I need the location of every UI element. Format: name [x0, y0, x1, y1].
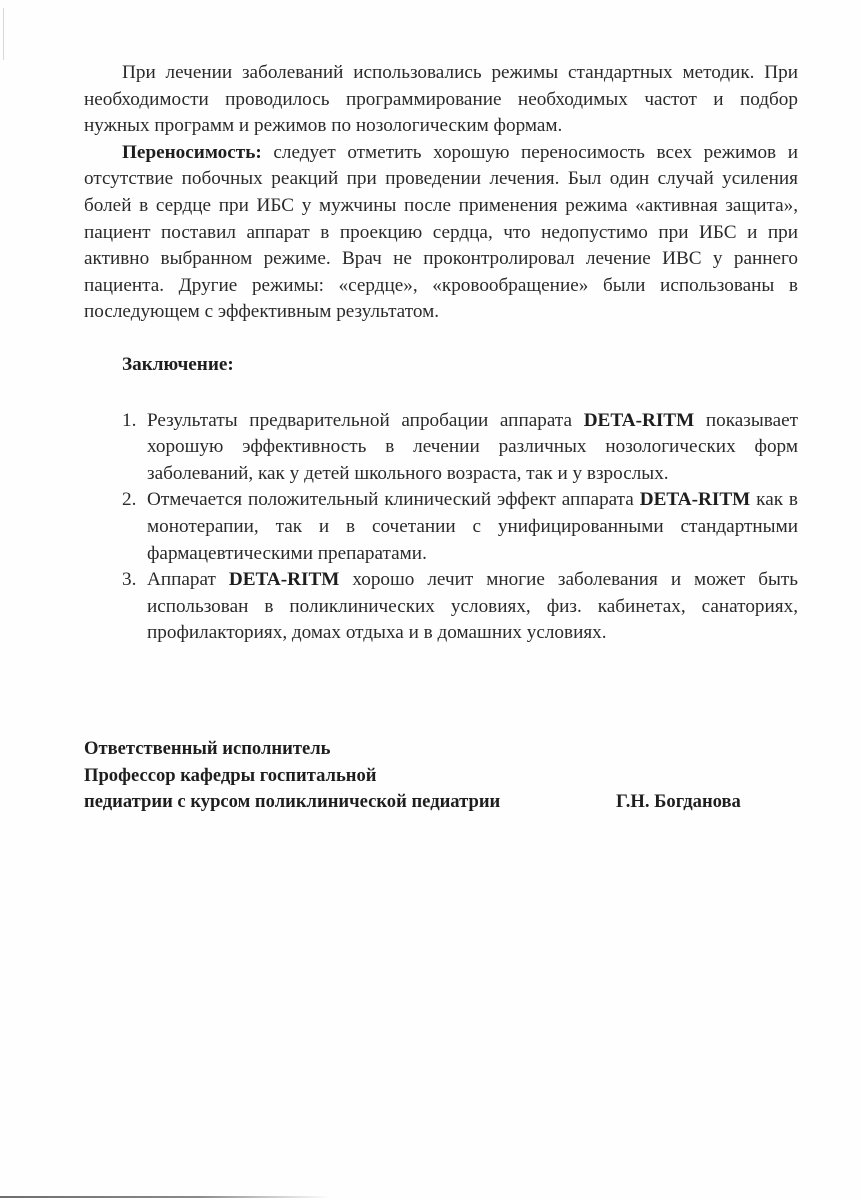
item-number: 1. [122, 408, 136, 435]
conclusion-item-3: 3. Аппарат DETA-RITM хорошо лечит многие… [84, 567, 798, 647]
signature-block: Ответственный исполнитель Профессор кафе… [84, 736, 764, 816]
signatory-name: Г.Н. Богданова [616, 789, 741, 816]
item-text-before: Аппарат [147, 569, 229, 590]
document-body: При лечении заболеваний использовались р… [84, 60, 798, 647]
device-name: DETA-RITM [584, 410, 695, 431]
conclusion-heading: Заключение: [122, 352, 798, 379]
tolerability-paragraph: Переносимость: следует отметить хорошую … [84, 140, 798, 326]
signature-position: Профессор кафедры госпитальной [84, 763, 764, 790]
conclusions-list: 1. Результаты предварительной апробации … [84, 408, 798, 647]
document-page: При лечении заболеваний использовались р… [0, 0, 861, 1200]
signature-role: Ответственный исполнитель [84, 736, 764, 763]
device-name: DETA-RITM [229, 569, 340, 590]
conclusion-item-1: 1. Результаты предварительной апробации … [84, 408, 798, 488]
tolerability-text: следует отметить хорошую переносимость в… [84, 142, 798, 323]
item-text-before: Результаты предварительной апробации апп… [147, 410, 584, 431]
item-number: 2. [122, 487, 136, 514]
conclusion-item-2: 2. Отмечается положительный клинический … [84, 487, 798, 567]
device-name: DETA-RITM [640, 489, 751, 510]
scan-edge-mark [3, 8, 4, 60]
item-number: 3. [122, 567, 136, 594]
item-text-before: Отмечается положительный клинический эфф… [147, 489, 640, 510]
tolerability-label: Переносимость: [122, 142, 262, 163]
intro-paragraph: При лечении заболеваний использовались р… [84, 60, 798, 140]
scan-bottom-edge [0, 1196, 330, 1198]
